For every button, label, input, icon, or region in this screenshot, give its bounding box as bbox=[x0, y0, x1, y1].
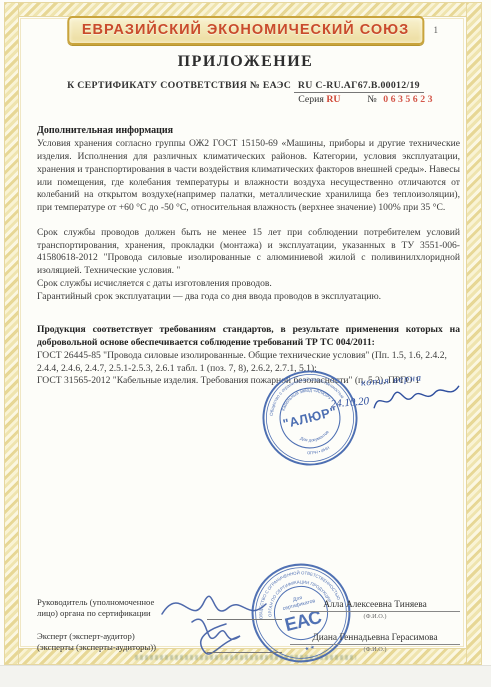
series-line: Серия RU № 0635623 bbox=[298, 94, 435, 105]
ornamental-border-right bbox=[466, 2, 482, 665]
warranty-note: Гарантийный срок эксплуатации — два года… bbox=[37, 291, 460, 304]
series-value: RU bbox=[326, 94, 340, 105]
signer-name: Диана Геннадьевна Герасимова bbox=[290, 633, 460, 645]
subtitle-label: К СЕРТИФИКАТУ СООТВЕТСТВИЯ № bbox=[67, 80, 260, 91]
signer-name-block: Диана Геннадьевна Герасимова (Ф.И.О.) bbox=[290, 633, 460, 653]
eaeu-union-badge: ЕВРАЗИЙСКИЙ ЭКОНОМИЧЕСКИЙ СОЮЗ bbox=[67, 16, 424, 45]
signature-row-head: Руководитель (уполномоченное лицо) орган… bbox=[37, 597, 460, 620]
subtitle-system: ЕАЭС bbox=[263, 80, 291, 91]
certificate-page: ЕВРАЗИЙСКИЙ ЭКОНОМИЧЕСКИЙ СОЮЗ 1 ПРИЛОЖЕ… bbox=[0, 0, 491, 687]
signer-role: Эксперт (эксперт-аудитор) (эксперты (экс… bbox=[37, 631, 199, 654]
number-sign: № bbox=[367, 94, 376, 105]
union-name: ЕВРАЗИЙСКИЙ ЭКОНОМИЧЕСКИЙ СОЮЗ bbox=[82, 22, 409, 38]
signature-block: Руководитель (уполномоченное лицо) орган… bbox=[37, 597, 460, 664]
document-body: Дополнительная информация Условия хранен… bbox=[37, 124, 460, 388]
handwritten-date: 24.10.20 bbox=[330, 395, 369, 410]
ornamental-border-left bbox=[4, 2, 19, 665]
svg-text:ОГРН • ИНН: ОГРН • ИНН bbox=[306, 445, 331, 457]
form-number: 0635623 bbox=[383, 94, 435, 105]
svg-text:Для документов: Для документов bbox=[298, 428, 331, 445]
service-life-note: Срок службы исчисляется с даты изготовле… bbox=[37, 278, 460, 291]
signature-row-expert: Эксперт (эксперт-аудитор) (эксперты (экс… bbox=[37, 631, 460, 654]
service-life-paragraph: Срок службы проводов должен быть не мене… bbox=[37, 227, 460, 278]
ornamental-border-top bbox=[4, 2, 482, 17]
standards-intro: Продукция соответствует требованиям стан… bbox=[37, 324, 460, 350]
signature-line bbox=[207, 605, 282, 620]
standard-item: ГОСТ 26445-85 "Провода силовые изолирова… bbox=[37, 350, 460, 376]
signer-role: Руководитель (уполномоченное лицо) орган… bbox=[37, 597, 199, 620]
signer-caption: (Ф.И.О.) bbox=[290, 646, 460, 653]
signer-name-block: Алла Алексеевна Тиняева (Ф.И.О.) bbox=[290, 600, 460, 620]
stamp-outer-bottom-text: ОГРН • ИНН bbox=[306, 445, 331, 457]
certificate-reference-line: К СЕРТИФИКАТУ СООТВЕТСТВИЯ № ЕАЭС RU C-R… bbox=[0, 80, 491, 91]
signer-caption: (Ф.И.О.) bbox=[290, 613, 460, 620]
page-number: 1 bbox=[434, 25, 439, 35]
stamp-company-name: "АЛЮР" bbox=[281, 404, 338, 432]
scan-edge bbox=[0, 665, 491, 687]
additional-info-heading: Дополнительная информация bbox=[37, 124, 460, 137]
signature-line bbox=[207, 638, 282, 653]
document-title: ПРИЛОЖЕНИЕ bbox=[0, 53, 491, 71]
certificate-number: RU C-RU.АГ67.В.00012/19 bbox=[294, 80, 424, 93]
storage-conditions-paragraph: Условия хранения согласно группы ОЖ2 ГОС… bbox=[37, 138, 460, 215]
signer-name: Алла Алексеевна Тиняева bbox=[290, 600, 460, 612]
series-label: Серия bbox=[298, 94, 324, 105]
stamp-inner-bottom-text: Для документов bbox=[298, 428, 331, 445]
